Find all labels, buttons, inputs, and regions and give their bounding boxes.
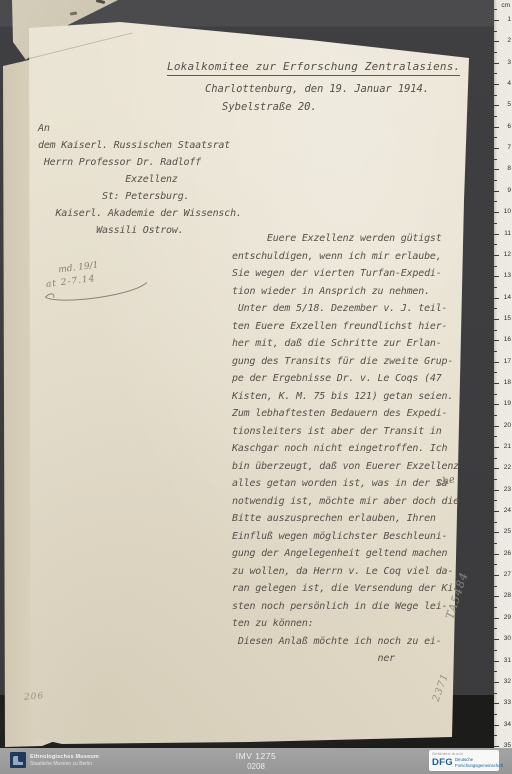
museum-branding: Ethnologisches Museum Staatliche Museen … xyxy=(10,752,99,768)
recipient-line: Herrn Professor Dr. Radloff xyxy=(38,154,242,171)
body-line: tionsleiters ist aber der Transit in xyxy=(232,423,459,441)
museum-text: Ethnologisches Museum Staatliche Museen … xyxy=(30,754,99,767)
letterhead-place-date: Charlottenburg, den 19. Januar 1914. xyxy=(205,83,429,95)
ruler-minor-tick xyxy=(494,330,497,331)
body-line: pe der Ergebnisse Dr. v. Le Coqs (47 xyxy=(232,370,459,388)
ruler-number: 25 xyxy=(499,528,511,535)
dfg-logo-row: DFG Deutsche Forschungsgemeinschaft xyxy=(432,757,496,768)
body-line: Unter dem 5/18. Dezember v. J. teil- xyxy=(232,300,459,318)
ruler-minor-tick xyxy=(494,223,497,224)
ruler-number: 6 xyxy=(499,123,511,130)
ruler-minor-tick xyxy=(494,522,497,523)
ruler-number: 10 xyxy=(499,208,511,215)
body-line: entschuldigen, wenn ich mir erlaube, xyxy=(232,248,459,266)
pencil-date-note: md. 19/1 at 2-7.14 xyxy=(38,253,152,308)
ruler-minor-tick xyxy=(494,436,497,437)
recipient-address: Andem Kaiserl. Russischen Staatsrat Herr… xyxy=(38,120,242,239)
body-line: Kaschgar noch nicht eingetroffen. Ich xyxy=(232,440,459,458)
ruler-minor-tick xyxy=(494,266,497,267)
ruler-number: 32 xyxy=(499,678,511,685)
museum-name: Ethnologisches Museum xyxy=(30,754,99,760)
ruler-number: 16 xyxy=(499,336,511,343)
letterhead-street: Sybelstraße 20. xyxy=(222,101,317,113)
ruler-number: 4 xyxy=(499,80,511,87)
ruler-minor-tick xyxy=(494,137,497,138)
ruler-minor-tick xyxy=(494,95,497,96)
ruler-number: 19 xyxy=(499,400,511,407)
document-id: IMV 1275 xyxy=(236,751,276,761)
ruler-number: 33 xyxy=(499,699,511,706)
ruler-minor-tick xyxy=(494,73,497,74)
body-line: Kisten, K. M. 75 bis 121) getan seien. xyxy=(232,388,459,406)
footer-bar: Ethnologisches Museum Staatliche Museen … xyxy=(0,748,512,774)
ruler-number: 22 xyxy=(499,464,511,471)
funding-label: Gefördert durch xyxy=(432,751,496,756)
ruler-number: 26 xyxy=(499,550,511,557)
ruler-number: 21 xyxy=(499,443,511,450)
letterhead-organization: Lokalkomitee zur Erforschung Zentralasie… xyxy=(167,60,460,76)
ruler-unit-label: cm xyxy=(501,2,510,9)
ruler-minor-tick xyxy=(494,714,497,715)
ruler-minor-tick xyxy=(494,479,497,480)
measurement-ruler: cm 1234567891011121314151617181920212223… xyxy=(494,0,512,748)
document-scan-viewer: Lokalkomitee zur Erforschung Zentralasie… xyxy=(0,0,512,774)
ruler-number: 34 xyxy=(499,721,511,728)
recipient-line: An xyxy=(38,120,242,137)
body-line: Euere Exzellenz werden gütigst xyxy=(232,230,459,248)
body-line: gung der Angelegenheit geltend machen xyxy=(232,545,459,563)
recipient-line: Kaiserl. Akademie der Wissensch. xyxy=(38,205,242,222)
ruler-number: 2 xyxy=(499,37,511,44)
ruler-number: 28 xyxy=(499,592,511,599)
ruler-number: 3 xyxy=(499,59,511,66)
ruler-number: 29 xyxy=(499,614,511,621)
ruler-number: 27 xyxy=(499,571,511,578)
ruler-number: 20 xyxy=(499,422,511,429)
ruler-minor-tick xyxy=(494,628,497,629)
ruler-minor-tick xyxy=(494,671,497,672)
ruler-minor-tick xyxy=(494,693,497,694)
ruler-minor-tick xyxy=(494,415,497,416)
scan-page-number: 0208 xyxy=(236,762,276,771)
dfg-full-name: Deutsche Forschungsgemeinschaft xyxy=(455,757,495,767)
body-line: sten noch persönlich in die Wege lei- xyxy=(232,598,459,616)
body-line: ner xyxy=(232,650,459,668)
ruler-minor-tick xyxy=(494,458,497,459)
ruler-minor-tick xyxy=(494,650,497,651)
ruler-number: 11 xyxy=(499,230,511,237)
ruler-number: 23 xyxy=(499,486,511,493)
ruler-minor-tick xyxy=(494,308,497,309)
recipient-line: Wassili Ostrow. xyxy=(38,222,242,239)
body-line: alles getan worden ist, was in der Sa xyxy=(232,475,459,493)
dfg-logo: Gefördert durch DFG Deutsche Forschungsg… xyxy=(429,750,499,771)
body-line: Einfluß wegen möglichster Beschleuni- xyxy=(232,528,459,546)
body-line: ten Euere Exzellen freundlichst hier- xyxy=(232,318,459,336)
pencil-page-number: 206 xyxy=(24,691,45,702)
body-line: her mit, daß die Schritte zur Erlan- xyxy=(232,335,459,353)
letter-content: Lokalkomitee zur Erforschung Zentralasie… xyxy=(0,0,512,774)
body-line: Sie wegen der vierten Turfan-Expedi- xyxy=(232,265,459,283)
ruler-number: 17 xyxy=(499,358,511,365)
dfg-acronym: DFG xyxy=(432,757,453,768)
ruler-minor-tick xyxy=(494,500,497,501)
ruler-number: 8 xyxy=(499,165,511,172)
ruler-minor-tick xyxy=(494,287,497,288)
body-line: bin überzeugt, daß von Euerer Exzellenz xyxy=(232,458,459,476)
ruler-number: 18 xyxy=(499,379,511,386)
body-line: zu wollen, da Herrn v. Le Coq viel da- xyxy=(232,563,459,581)
ruler-minor-tick xyxy=(494,586,497,587)
museum-logo-icon xyxy=(10,752,26,768)
ruler-minor-tick xyxy=(494,9,497,10)
recipient-line: Exzellenz xyxy=(38,171,242,188)
body-line: ten zu können: xyxy=(232,615,459,633)
body-line: Diesen Anlaß möchte ich noch zu ei- xyxy=(232,633,459,651)
museum-subtitle: Staatliche Museen zu Berlin xyxy=(30,761,99,767)
recipient-line: St: Petersburg. xyxy=(38,188,242,205)
ruler-number: 15 xyxy=(499,315,511,322)
ruler-minor-tick xyxy=(494,372,497,373)
body-line: Bitte auszusprechen erlauben, Ihren xyxy=(232,510,459,528)
ruler-minor-tick xyxy=(494,543,497,544)
ruler-number: 30 xyxy=(499,635,511,642)
ruler-number: 7 xyxy=(499,144,511,151)
body-line: ran gelegen ist, die Versendung der Ki- xyxy=(232,580,459,598)
ruler-minor-tick xyxy=(494,351,497,352)
document-id-block: IMV 1275 0208 xyxy=(236,751,276,771)
ruler-minor-tick xyxy=(494,735,497,736)
ruler-minor-tick xyxy=(494,564,497,565)
ruler-number: 14 xyxy=(499,294,511,301)
ruler-minor-tick xyxy=(494,52,497,53)
ruler-minor-tick xyxy=(494,31,497,32)
ruler-number: 1 xyxy=(499,16,511,23)
ruler-minor-tick xyxy=(494,394,497,395)
ruler-number: 5 xyxy=(499,101,511,108)
ruler-number: 31 xyxy=(499,657,511,664)
ruler-number: 24 xyxy=(499,507,511,514)
ruler-number: 12 xyxy=(499,251,511,258)
body-line: gung des Transits für die zweite Grup- xyxy=(232,353,459,371)
ruler-minor-tick xyxy=(494,244,497,245)
ruler-minor-tick xyxy=(494,159,497,160)
ruler-minor-tick xyxy=(494,607,497,608)
body-line: Zum lebhaftesten Bedauern des Expedi- xyxy=(232,405,459,423)
body-line: tion wieder in Ansprich zu nehmen. xyxy=(232,283,459,301)
ruler-number: 9 xyxy=(499,187,511,194)
ruler-minor-tick xyxy=(494,201,497,202)
ruler-minor-tick xyxy=(494,180,497,181)
ruler-number: 13 xyxy=(499,272,511,279)
recipient-line: dem Kaiserl. Russischen Staatsrat xyxy=(38,137,242,154)
body-line: notwendig ist, möchte mir aber doch die xyxy=(232,493,459,511)
letter-body: Euere Exzellenz werden gütigstentschuldi… xyxy=(232,230,459,668)
ruler-minor-tick xyxy=(494,116,497,117)
